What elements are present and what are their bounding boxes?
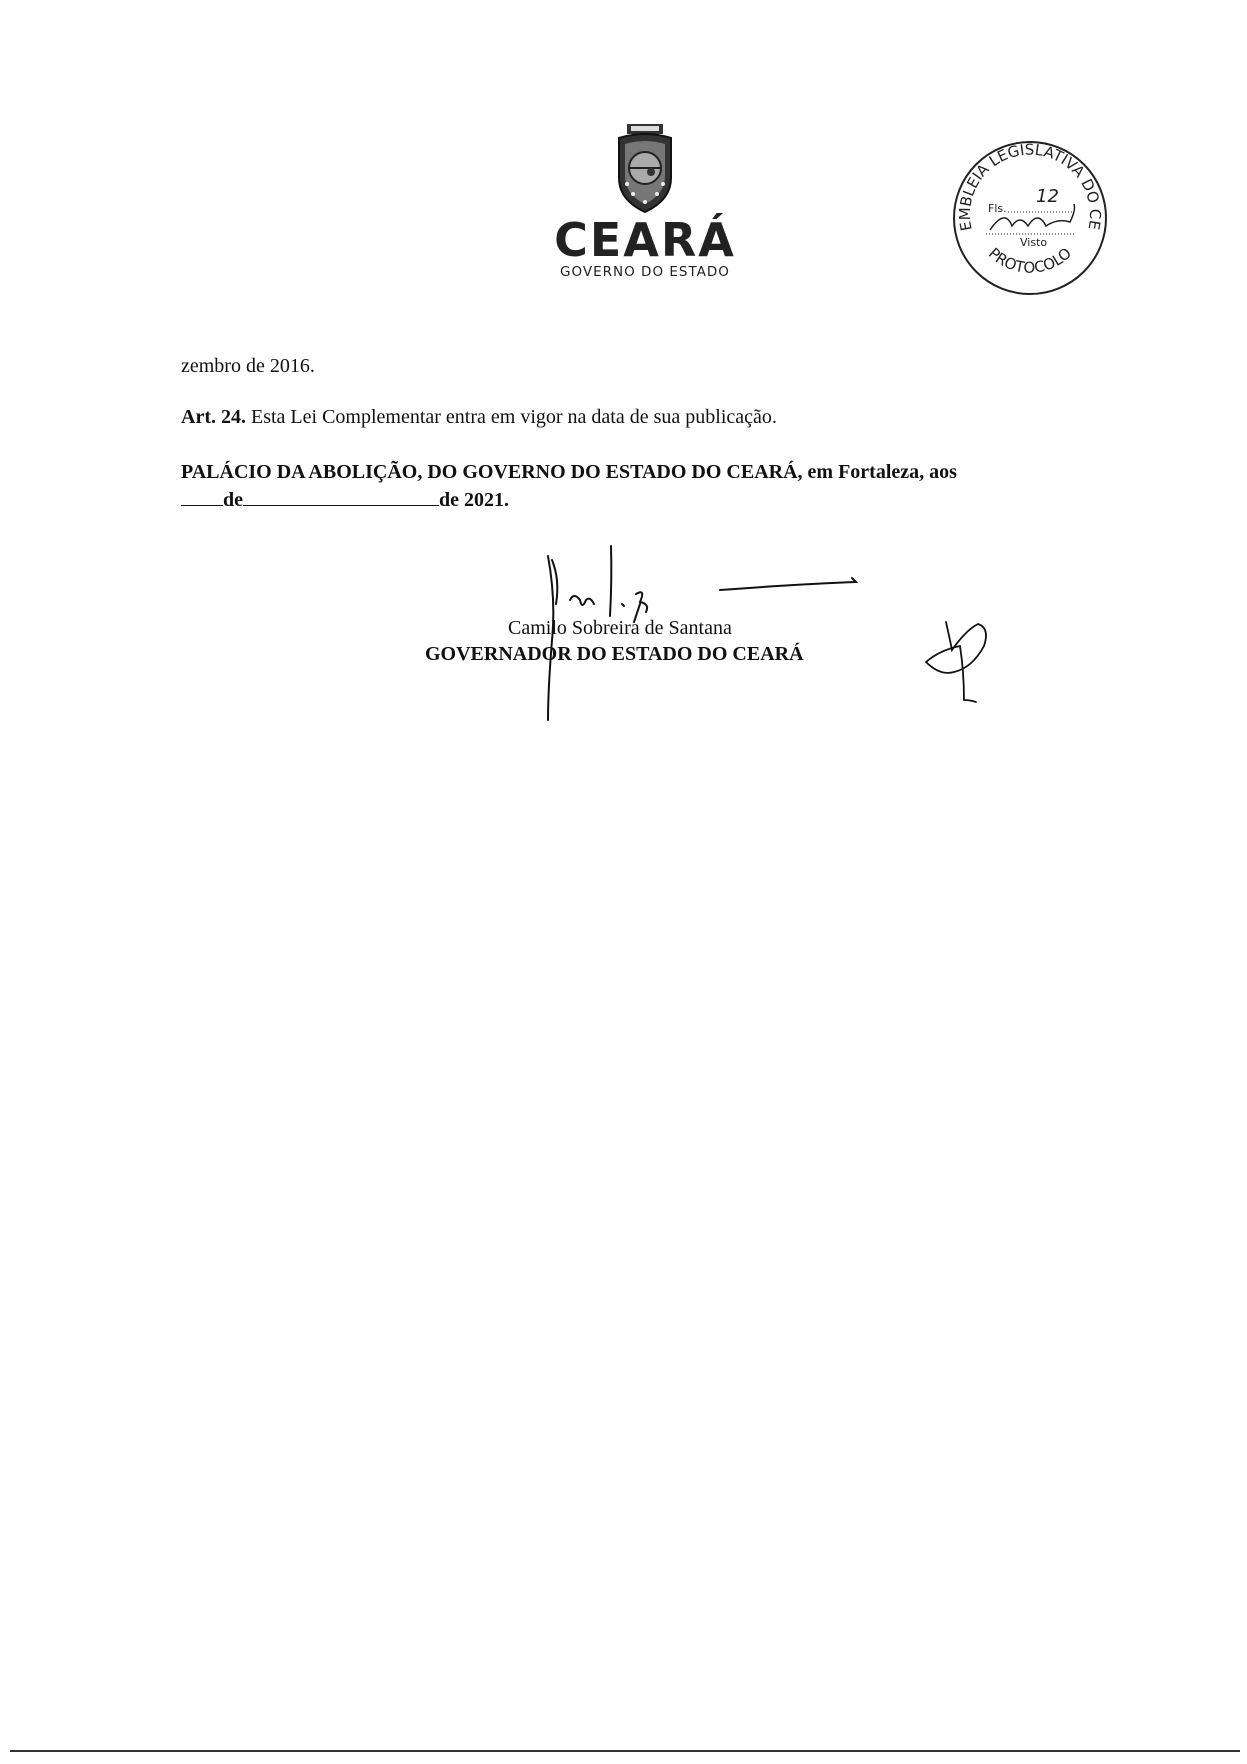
initials-icon [926, 622, 986, 702]
signatory-name: Camilo Sobreira de Santana [508, 617, 732, 640]
footer-divider [10, 1750, 1240, 1752]
signatory-title: GOVERNADOR DO ESTADO DO CEARÁ [425, 643, 804, 666]
signature-strokes [0, 0, 1247, 1764]
